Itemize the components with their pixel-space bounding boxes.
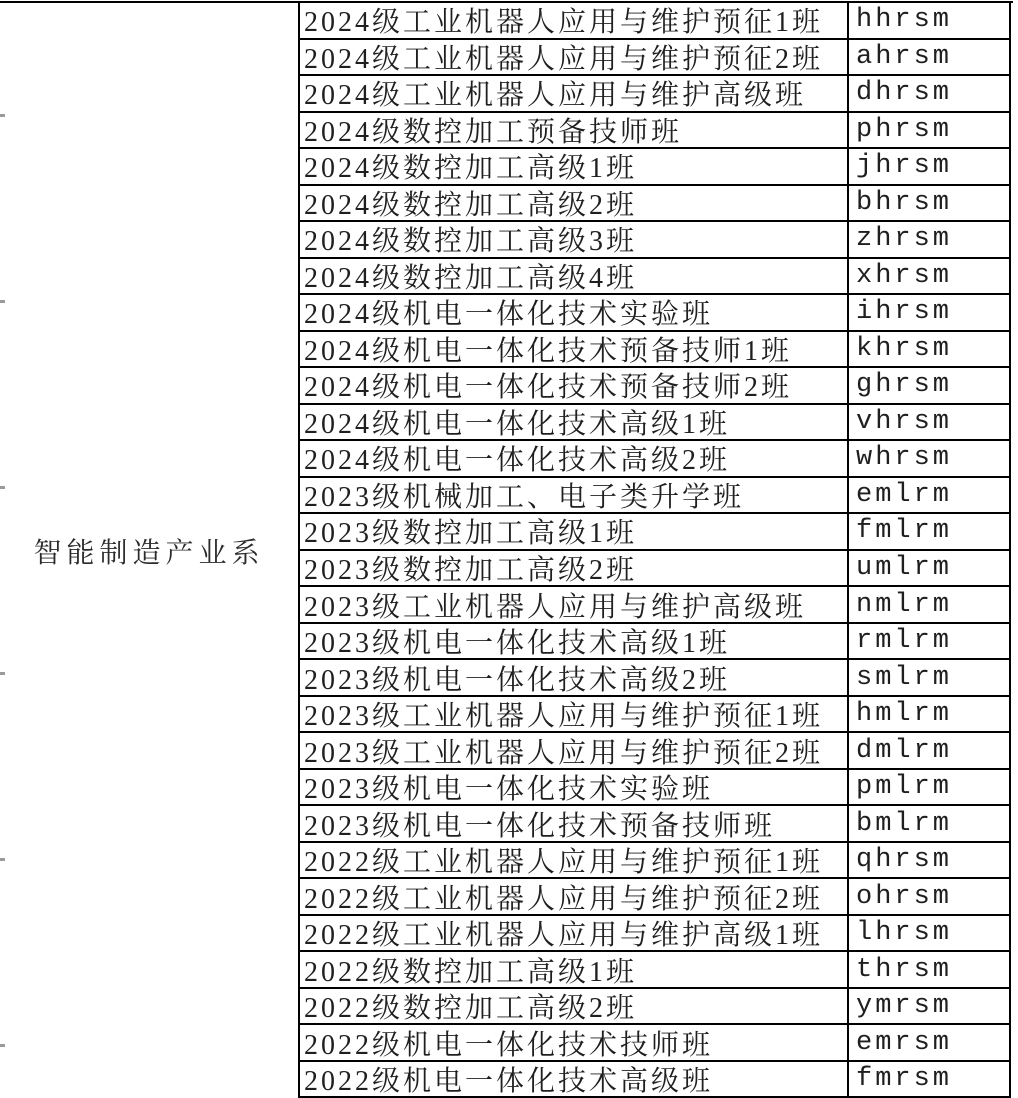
left-edge-tick [0, 300, 5, 303]
class-name: 2022级工业机器人应用与维护预征1班 [300, 843, 823, 878]
class-name: 2023级数控加工高级1班 [300, 514, 637, 549]
class-name: 2023级机电一体化技术预备技师班 [300, 806, 775, 841]
class-name: 2022级工业机器人应用与维护高级1班 [300, 916, 823, 951]
class-code: whrsm [849, 443, 952, 473]
class-code: phrsm [849, 115, 952, 145]
class-code: jhrsm [849, 151, 952, 181]
class-name: 2024级工业机器人应用与维护预征2班 [300, 40, 823, 75]
class-code: rmlrm [849, 626, 952, 656]
class-code-table: 智能制造产业系 2024级工业机器人应用与维护预征1班 hhrsm 2024级工… [0, 1, 1013, 1098]
class-name: 2022级数控加工高级2班 [300, 989, 637, 1024]
class-name: 2023级机电一体化技术实验班 [300, 770, 713, 805]
class-code-cell: emrsm [849, 1025, 1009, 1060]
class-code: ymrsm [849, 991, 952, 1021]
table-row: 2023级数控加工高级2班 umlrm [300, 551, 1009, 588]
table-row: 2023级工业机器人应用与维护预征1班 hmlrm [300, 697, 1009, 734]
class-name: 2024级机电一体化技术预备技师2班 [300, 368, 792, 403]
class-name: 2024级机电一体化技术高级2班 [300, 441, 730, 476]
class-name: 2023级工业机器人应用与维护预征2班 [300, 733, 823, 768]
class-code: nmlrm [849, 590, 952, 620]
class-name-cell: 2024级机电一体化技术预备技师2班 [300, 368, 849, 403]
class-name-cell: 2022级机电一体化技术技师班 [300, 1025, 849, 1060]
table-row: 2024级机电一体化技术预备技师1班 khrsm [300, 332, 1009, 369]
class-code: qhrsm [849, 845, 952, 875]
class-name: 2023级机电一体化技术高级2班 [300, 660, 730, 695]
class-name-cell: 2024级机电一体化技术高级2班 [300, 441, 849, 476]
table-row: 2024级数控加工高级1班 jhrsm [300, 149, 1009, 186]
class-code-cell: fmlrm [849, 514, 1009, 549]
class-code: bhrsm [849, 188, 952, 218]
class-name-cell: 2024级工业机器人应用与维护高级班 [300, 76, 849, 111]
class-name-cell: 2023级数控加工高级2班 [300, 551, 849, 586]
table-row: 2023级机电一体化技术高级1班 rmlrm [300, 624, 1009, 661]
table-body: 2024级工业机器人应用与维护预征1班 hhrsm 2024级工业机器人应用与维… [300, 3, 1011, 1098]
table-row: 2023级机械加工、电子类升学班 emlrm [300, 478, 1009, 515]
class-name: 2023级工业机器人应用与维护预征1班 [300, 697, 823, 732]
table-row: 2022级数控加工高级2班 ymrsm [300, 989, 1009, 1026]
class-name-cell: 2023级机电一体化技术实验班 [300, 770, 849, 805]
class-name: 2024级机电一体化技术高级1班 [300, 405, 730, 440]
department-cell: 智能制造产业系 [0, 3, 300, 1098]
class-name: 2024级数控加工高级4班 [300, 259, 637, 294]
class-code: xhrsm [849, 261, 952, 291]
class-code-cell: ohrsm [849, 879, 1009, 914]
class-code-cell: hmlrm [849, 697, 1009, 732]
class-code: ghrsm [849, 370, 952, 400]
class-code-table-page: 智能制造产业系 2024级工业机器人应用与维护预征1班 hhrsm 2024级工… [0, 0, 1018, 1098]
class-name-cell: 2024级机电一体化技术预备技师1班 [300, 332, 849, 367]
class-code: dhrsm [849, 78, 952, 108]
class-name-cell: 2023级机械加工、电子类升学班 [300, 478, 849, 513]
table-row: 2023级机电一体化技术高级2班 smlrm [300, 660, 1009, 697]
class-name: 2023级机电一体化技术高级1班 [300, 624, 730, 659]
class-code: fmrsm [849, 1064, 952, 1094]
class-code-cell: ahrsm [849, 40, 1009, 75]
class-code-cell: phrsm [849, 113, 1009, 148]
class-name-cell: 2024级工业机器人应用与维护预征1班 [300, 3, 849, 38]
class-name: 2023级机械加工、电子类升学班 [300, 478, 744, 513]
class-code-cell: nmlrm [849, 587, 1009, 622]
left-edge-tick [0, 486, 5, 489]
class-name-cell: 2024级数控加工高级2班 [300, 186, 849, 221]
class-name-cell: 2022级工业机器人应用与维护预征1班 [300, 843, 849, 878]
class-code-cell: zhrsm [849, 222, 1009, 257]
class-code-cell: rmlrm [849, 624, 1009, 659]
class-code-cell: qhrsm [849, 843, 1009, 878]
class-code-cell: jhrsm [849, 149, 1009, 184]
class-name: 2022级机电一体化技术高级班 [300, 1062, 713, 1097]
class-name: 2023级数控加工高级2班 [300, 551, 637, 586]
class-code: dmlrm [849, 736, 952, 766]
class-code: fmlrm [849, 516, 952, 546]
class-code-cell: bmlrm [849, 806, 1009, 841]
class-code: ahrsm [849, 42, 952, 72]
class-code: smlrm [849, 663, 952, 693]
table-row: 2022级工业机器人应用与维护预征1班 qhrsm [300, 843, 1009, 880]
class-code: thrsm [849, 955, 952, 985]
class-name-cell: 2023级工业机器人应用与维护预征1班 [300, 697, 849, 732]
table-row: 2022级机电一体化技术技师班 emrsm [300, 1025, 1009, 1062]
left-edge-tick [0, 858, 5, 861]
class-code: ihrsm [849, 297, 952, 327]
class-name-cell: 2023级机电一体化技术高级2班 [300, 660, 849, 695]
class-name-cell: 2024级数控加工预备技师班 [300, 113, 849, 148]
left-edge-tick [0, 114, 5, 117]
class-code: emlrm [849, 480, 952, 510]
class-code: pmlrm [849, 772, 952, 802]
class-code: ohrsm [849, 882, 952, 912]
class-name-cell: 2022级数控加工高级2班 [300, 989, 849, 1024]
class-code-cell: dhrsm [849, 76, 1009, 111]
class-name: 2024级机电一体化技术预备技师1班 [300, 332, 792, 367]
table-row: 2022级机电一体化技术高级班 fmrsm [300, 1062, 1009, 1098]
table-row: 2023级机电一体化技术实验班 pmlrm [300, 770, 1009, 807]
class-code: hhrsm [849, 5, 952, 35]
table-row: 2022级工业机器人应用与维护高级1班 lhrsm [300, 916, 1009, 953]
class-name: 2024级工业机器人应用与维护预征1班 [300, 3, 823, 38]
class-name-cell: 2023级工业机器人应用与维护高级班 [300, 587, 849, 622]
class-name-cell: 2022级机电一体化技术高级班 [300, 1062, 849, 1097]
class-name: 2024级数控加工预备技师班 [300, 113, 682, 148]
class-name-cell: 2024级机电一体化技术实验班 [300, 295, 849, 330]
class-code-cell: dmlrm [849, 733, 1009, 768]
table-row: 2023级工业机器人应用与维护预征2班 dmlrm [300, 733, 1009, 770]
class-name: 2024级数控加工高级3班 [300, 222, 637, 257]
class-code-cell: lhrsm [849, 916, 1009, 951]
table-row: 2023级数控加工高级1班 fmlrm [300, 514, 1009, 551]
table-row: 2024级数控加工预备技师班 phrsm [300, 113, 1009, 150]
table-row: 2024级机电一体化技术高级2班 whrsm [300, 441, 1009, 478]
class-name: 2024级数控加工高级1班 [300, 149, 637, 184]
table-row: 2024级数控加工高级4班 xhrsm [300, 259, 1009, 296]
class-code-cell: ymrsm [849, 989, 1009, 1024]
class-code-cell: emlrm [849, 478, 1009, 513]
department-name: 智能制造产业系 [33, 531, 264, 571]
table-row: 2023级工业机器人应用与维护高级班 nmlrm [300, 587, 1009, 624]
class-name-cell: 2023级数控加工高级1班 [300, 514, 849, 549]
class-code-cell: pmlrm [849, 770, 1009, 805]
class-name: 2022级数控加工高级1班 [300, 952, 637, 987]
class-code-cell: ghrsm [849, 368, 1009, 403]
class-name-cell: 2022级数控加工高级1班 [300, 952, 849, 987]
class-name-cell: 2022级工业机器人应用与维护高级1班 [300, 916, 849, 951]
table-row: 2023级机电一体化技术预备技师班 bmlrm [300, 806, 1009, 843]
class-name-cell: 2024级数控加工高级1班 [300, 149, 849, 184]
class-code-cell: vhrsm [849, 405, 1009, 440]
table-row: 2022级工业机器人应用与维护预征2班 ohrsm [300, 879, 1009, 916]
table-row: 2024级机电一体化技术预备技师2班 ghrsm [300, 368, 1009, 405]
class-code: khrsm [849, 334, 952, 364]
class-name-cell: 2022级工业机器人应用与维护预征2班 [300, 879, 849, 914]
class-code-cell: ihrsm [849, 295, 1009, 330]
class-code-cell: bhrsm [849, 186, 1009, 221]
class-name: 2024级机电一体化技术实验班 [300, 295, 713, 330]
class-code-cell: khrsm [849, 332, 1009, 367]
class-name-cell: 2023级机电一体化技术高级1班 [300, 624, 849, 659]
class-code-cell: whrsm [849, 441, 1009, 476]
table-row: 2024级机电一体化技术高级1班 vhrsm [300, 405, 1009, 442]
class-code-cell: xhrsm [849, 259, 1009, 294]
class-name: 2022级工业机器人应用与维护预征2班 [300, 879, 823, 914]
class-name-cell: 2023级工业机器人应用与维护预征2班 [300, 733, 849, 768]
class-code-cell: thrsm [849, 952, 1009, 987]
table-row: 2022级数控加工高级1班 thrsm [300, 952, 1009, 989]
class-code-cell: smlrm [849, 660, 1009, 695]
class-name-cell: 2024级工业机器人应用与维护预征2班 [300, 40, 849, 75]
class-code: lhrsm [849, 918, 952, 948]
table-row: 2024级工业机器人应用与维护预征1班 hhrsm [300, 3, 1009, 40]
left-edge-tick [0, 1044, 5, 1047]
class-name: 2022级机电一体化技术技师班 [300, 1025, 713, 1060]
class-code-cell: umlrm [849, 551, 1009, 586]
class-name: 2024级工业机器人应用与维护高级班 [300, 76, 806, 111]
class-name-cell: 2024级数控加工高级4班 [300, 259, 849, 294]
class-name-cell: 2024级机电一体化技术高级1班 [300, 405, 849, 440]
table-row: 2024级机电一体化技术实验班 ihrsm [300, 295, 1009, 332]
class-code: umlrm [849, 553, 952, 583]
class-name-cell: 2023级机电一体化技术预备技师班 [300, 806, 849, 841]
class-name: 2024级数控加工高级2班 [300, 186, 637, 221]
left-edge-tick [0, 672, 5, 675]
class-code: hmlrm [849, 699, 952, 729]
table-row: 2024级工业机器人应用与维护高级班 dhrsm [300, 76, 1009, 113]
class-code: emrsm [849, 1028, 952, 1058]
table-row: 2024级工业机器人应用与维护预征2班 ahrsm [300, 40, 1009, 77]
class-code: zhrsm [849, 224, 952, 254]
class-code: bmlrm [849, 809, 952, 839]
class-code: vhrsm [849, 407, 952, 437]
table-row: 2024级数控加工高级3班 zhrsm [300, 222, 1009, 259]
class-code-cell: fmrsm [849, 1062, 1009, 1097]
class-name-cell: 2024级数控加工高级3班 [300, 222, 849, 257]
class-name: 2023级工业机器人应用与维护高级班 [300, 587, 806, 622]
class-code-cell: hhrsm [849, 3, 1009, 38]
table-row: 2024级数控加工高级2班 bhrsm [300, 186, 1009, 223]
